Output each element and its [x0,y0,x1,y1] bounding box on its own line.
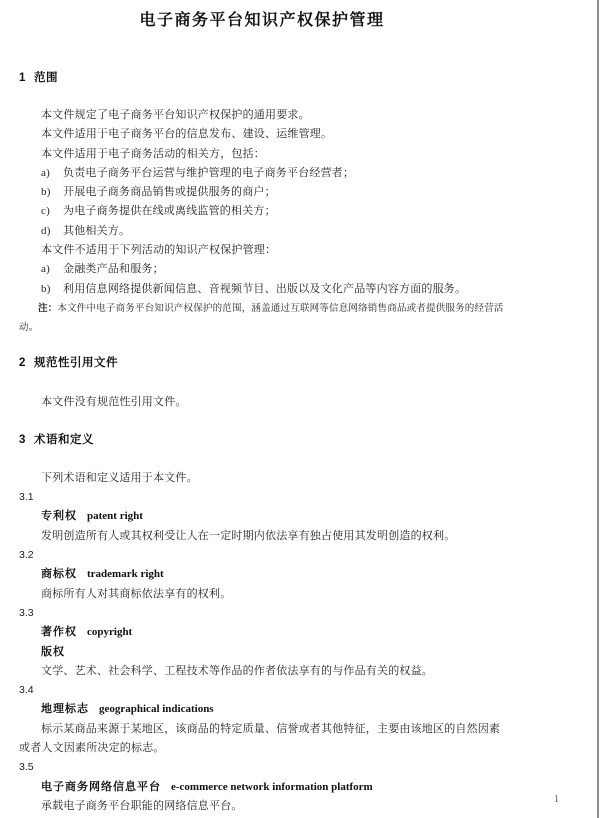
paragraph: 下列术语和定义适用于本文件。 [19,469,505,488]
list-item-text: 金融类产品和服务； [63,263,164,275]
note: 注：本文件中电子商务平台知识产权保护的范围，涵盖通过互联网等信息网络销售商品或者… [19,299,505,339]
section-3-body: 下列术语和定义适用于本文件。 3.1 专利权patent right 发明创造所… [19,469,505,816]
section-1-heading-text: 范围 [34,72,58,84]
term-definition: 商标所有人对其商标依法享有的权利。 [19,585,505,604]
term-number: 3.3 [19,604,505,623]
term-entry: 商标权trademark right [19,565,505,584]
term-number: 3.5 [19,758,505,777]
term-chinese: 地理标志 [41,703,89,715]
section-3-heading-text: 术语和定义 [34,434,94,446]
term-english: patent right [87,510,143,522]
list-item: a)负责电子商务平台运营与维护管理的电子商务平台经营者； [19,164,505,183]
term-english: copyright [87,626,132,638]
list-item-marker: c) [41,202,63,221]
section-1-number: 1 [19,70,34,86]
list-item-marker: d) [41,222,63,241]
paragraph: 本文件适用于电子商务活动的相关方，包括： [19,145,505,164]
term-chinese: 商标权 [41,568,77,580]
list-item-text: 其他相关方。 [63,225,130,237]
term-entry: 地理标志geographical indications [19,700,505,719]
term-definition: 标示某商品来源于某地区，该商品的特定质量、信誉或者其他特征，主要由该地区的自然因… [19,720,505,759]
term-entry: 专利权patent right [19,507,505,526]
list-item: a)金融类产品和服务； [19,260,505,279]
paragraph: 本文件适用于电子商务平台的信息发布、建设、运维管理。 [19,125,505,144]
list-item-text: 为电子商务提供在线或离线监管的相关方； [63,205,276,217]
term-number: 3.2 [19,546,505,565]
term-english: e-commerce network information platform [171,781,373,793]
paragraph: 本文件规定了电子商务平台知识产权保护的通用要求。 [19,106,505,125]
document-page: 电子商务平台知识产权保护管理 1范围 本文件规定了电子商务平台知识产权保护的通用… [19,10,505,816]
note-text: 本文件中电子商务平台知识产权保护的范围，涵盖通过互联网等信息网络销售商品或者提供… [19,304,504,333]
list-item-text: 负责电子商务平台运营与维护管理的电子商务平台经营者； [63,167,354,179]
section-2-heading-text: 规范性引用文件 [34,357,118,369]
note-label: 注： [38,303,57,314]
section-1-heading: 1范围 [19,70,505,86]
term-definition: 发明创造所有人或其权利受让人在一定时期内依法享有独占使用其发明创造的权利。 [19,527,505,546]
term-chinese: 著作权 [41,626,77,638]
section-1-body: 本文件规定了电子商务平台知识产权保护的通用要求。 本文件适用于电子商务平台的信息… [19,106,505,339]
section-2-heading: 2规范性引用文件 [19,355,505,371]
list-item: d)其他相关方。 [19,222,505,241]
term-alias-chinese: 版权 [41,646,65,658]
term-entry: 电子商务网络信息平台e-commerce network information… [19,778,505,797]
term-alias: 版权 [19,643,505,662]
section-2-number: 2 [19,355,34,371]
list-item-marker: a) [41,260,63,279]
term-entry: 著作权copyright [19,623,505,642]
section-3-heading: 3术语和定义 [19,432,505,448]
term-number: 3.1 [19,488,505,507]
list-item: b)利用信息网络提供新闻信息、音视频节目、出版以及文化产品等内容方面的服务。 [19,280,505,299]
list-item-text: 开展电子商务商品销售或提供服务的商户； [63,186,276,198]
scan-edge-line [597,0,599,818]
list-item: b)开展电子商务商品销售或提供服务的商户； [19,183,505,202]
term-english: trademark right [87,568,164,580]
list-item-marker: a) [41,164,63,183]
list-item-marker: b) [41,183,63,202]
list-item-text: 利用信息网络提供新闻信息、音视频节目、出版以及文化产品等内容方面的服务。 [63,283,466,295]
section-3-number: 3 [19,432,34,448]
section-2-body: 本文件没有规范性引用文件。 [19,393,505,412]
term-definition: 承载电子商务平台职能的网络信息平台。 [19,797,505,816]
page-number: 1 [554,794,559,805]
term-definition: 文学、艺术、社会科学、工程技术等作品的作者依法享有的与作品有关的权益。 [19,662,505,681]
term-number: 3.4 [19,681,505,700]
document-title: 电子商务平台知识产权保护管理 [19,10,505,32]
term-chinese: 电子商务网络信息平台 [41,781,161,793]
paragraph: 本文件不适用于下列活动的知识产权保护管理： [19,241,505,260]
term-chinese: 专利权 [41,510,77,522]
paragraph: 本文件没有规范性引用文件。 [19,393,505,412]
term-english: geographical indications [99,703,214,715]
list-item-marker: b) [41,280,63,299]
list-item: c)为电子商务提供在线或离线监管的相关方； [19,202,505,221]
